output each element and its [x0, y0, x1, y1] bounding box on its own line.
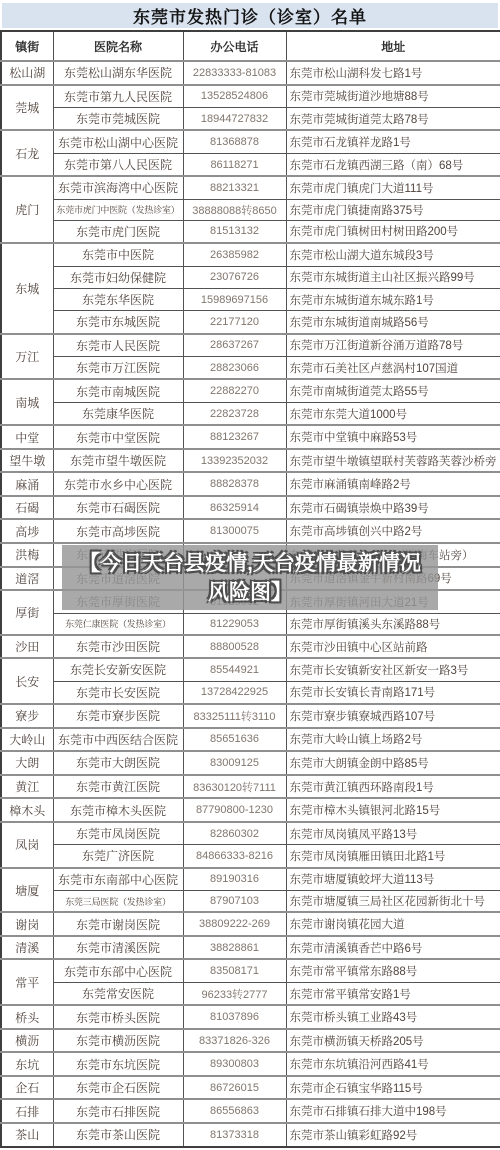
hospital-name-cell: 东莞松山湖东华医院 — [53, 61, 183, 85]
town-cell: 厚街 — [1, 590, 53, 635]
table-row: 东莞市虎门中医院（发热诊室）38888088转8650东莞市虎门镇捷南路375号 — [1, 199, 500, 220]
hospital-name-cell: 东莞常安医院 — [53, 982, 183, 1005]
phone-cell: 38809222-269 — [183, 912, 286, 936]
address-cell: 东莞市东城街道主山社区振兴路99号 — [286, 266, 500, 288]
table-row: 企石东莞市企石医院86726015东莞市企石镇宝华路115号 — [1, 1076, 500, 1100]
phone-cell: 86118271 — [183, 153, 286, 176]
table-row: 虎门东莞市滨海湾中心医院88213321东莞市虎门镇虎门大道111号 — [1, 176, 500, 199]
header-row: 镇街 医院名称 办公电话 地址 — [1, 31, 500, 61]
town-cell: 黄江 — [1, 775, 53, 799]
phone-cell: 28823066 — [183, 357, 286, 380]
table-row: 石碣东莞市石碣医院86325914东莞市石碣镇崇焕中路39号 — [1, 496, 500, 520]
address-cell: 东莞市南城街道莞太路55号 — [286, 379, 500, 402]
table-row: 寮步东莞市寮步医院83325111转3110东莞市寮步镇寮城西路107号 — [1, 704, 500, 728]
town-cell: 石碣 — [1, 496, 53, 520]
town-cell: 南城 — [1, 379, 53, 425]
table-row: 东莞市妇幼保健院23076726东莞市东城街道主山社区振兴路99号 — [1, 266, 500, 288]
table-row: 横沥东莞市横沥医院83371826-326东莞市横沥镇天桥路205号 — [1, 1029, 500, 1053]
hospital-name-cell: 东莞长安新安医院 — [53, 658, 183, 681]
phone-cell: 38828861 — [183, 936, 286, 960]
address-cell: 东莞市虎门镇树田村树田路200号 — [286, 220, 500, 243]
phone-cell: 96233转2777 — [183, 982, 286, 1005]
phone-cell: 22882270 — [183, 379, 286, 402]
hospital-name-cell: 东莞市黄江医院 — [53, 775, 183, 799]
hospital-name-cell: 东莞市寮步医院 — [53, 704, 183, 728]
address-cell: 东莞市沙田镇中心区站前路 — [286, 635, 500, 659]
table-row: 麻涌东莞市水乡中心医院88828378东莞市麻涌镇南峰路2号 — [1, 472, 500, 496]
table-row: 茶山东莞市茶山医院81373318东莞市茶山镇彩虹路92号 — [1, 1123, 500, 1147]
hospital-name-cell: 东莞市中堂医院 — [53, 425, 183, 449]
address-cell: 东莞市东城街道东城东路1号 — [286, 288, 500, 310]
hospital-name-cell: 东莞市大朗医院 — [53, 751, 183, 775]
phone-cell: 81368878 — [183, 130, 286, 153]
town-cell: 东坑 — [1, 1052, 53, 1076]
address-cell: 东莞市清溪镇香芒中路6号 — [286, 936, 500, 960]
address-cell: 东莞市石美社区卢慈涡村107国道 — [286, 357, 500, 380]
table-row: 清溪东莞市清溪医院38828861东莞市清溪镇香芒中路6号 — [1, 936, 500, 960]
table-row: 东莞市第八人民医院86118271东莞市石龙镇西湖三路（南）68号 — [1, 153, 500, 176]
hospital-name-cell: 东莞三局医院（发热诊室） — [53, 891, 183, 913]
phone-cell: 13392352032 — [183, 449, 286, 473]
town-cell: 东城 — [1, 243, 53, 333]
column-header-hospital: 医院名称 — [53, 31, 183, 61]
table-row: 长安东莞长安新安医院85544921东莞市长安镇新安社区新安一路3号 — [1, 658, 500, 681]
address-cell: 东莞市常平镇常安路1号 — [286, 982, 500, 1005]
table-row: 东坑东莞市东坑医院89300803东莞市东坑镇沿河西路41号 — [1, 1052, 500, 1076]
hospital-name-cell: 东莞市人民医院 — [53, 334, 183, 357]
hospital-name-cell: 东莞市虎门中医院（发热诊室） — [53, 199, 183, 220]
phone-cell: 38888088转8650 — [183, 199, 286, 220]
table-row: 万江东莞市人民医院28637267东莞市万江街道新谷涌万道路78号 — [1, 334, 500, 357]
address-cell: 东莞市松山湖大道东城段3号 — [286, 243, 500, 266]
phone-cell: 22177120 — [183, 311, 286, 334]
hospital-name-cell: 东莞市第八人民医院 — [53, 153, 183, 176]
table-row: 东莞市东城医院22177120东莞市东城街道南城路56号 — [1, 311, 500, 334]
hospital-name-cell: 东莞市妇幼保健院 — [53, 266, 183, 288]
table-row: 中堂东莞市中堂医院88123267东莞市中堂镇中麻路53号 — [1, 425, 500, 449]
town-cell: 塘厦 — [1, 868, 53, 913]
town-cell: 樟木头 — [1, 798, 53, 822]
town-cell: 谢岗 — [1, 912, 53, 936]
hospital-name-cell: 东莞市清溪医院 — [53, 936, 183, 960]
address-cell: 东莞市茶山镇彩虹路92号 — [286, 1123, 500, 1147]
address-cell: 东莞市黄江镇西环路南段1号 — [286, 775, 500, 799]
phone-cell: 83009125 — [183, 751, 286, 775]
address-cell: 东莞市石碣镇崇焕中路39号 — [286, 496, 500, 520]
address-cell: 东莞市厚街镇溪头东溪路88号 — [286, 613, 500, 635]
address-cell: 东莞市横沥镇天桥路205号 — [286, 1029, 500, 1053]
phone-cell: 83325111转3110 — [183, 704, 286, 728]
phone-cell: 81373318 — [183, 1123, 286, 1147]
town-cell: 莞城 — [1, 85, 53, 131]
phone-cell: 83508171 — [183, 959, 286, 982]
phone-cell: 18944727832 — [183, 107, 286, 130]
phone-cell: 86325914 — [183, 496, 286, 520]
address-cell: 东莞市松山湖科发七路1号 — [286, 61, 500, 85]
address-cell: 东莞市樟木头镇银河北路15号 — [286, 798, 500, 822]
address-cell: 东莞市莞城街道沙地塘88号 — [286, 85, 500, 108]
town-cell: 中堂 — [1, 425, 53, 449]
town-cell: 凤岗 — [1, 822, 53, 868]
address-cell: 东莞市常平镇常东路88号 — [286, 959, 500, 982]
hospital-name-cell: 东莞广济医院 — [53, 845, 183, 868]
hospital-name-cell: 东莞市桥头医院 — [53, 1005, 183, 1029]
table-row: 谢岗东莞市谢岗医院38809222-269东莞市谢岗镇花园大道 — [1, 912, 500, 936]
table-row: 东莞三局医院（发热诊室）87907103东莞市塘厦镇三局社区花园新街北十号 — [1, 891, 500, 913]
address-cell: 东莞市企石镇宝华路115号 — [286, 1076, 500, 1100]
hospital-name-cell: 东莞市松山湖中心医院 — [53, 130, 183, 153]
watermark-overlay: 【今日天台县疫情,天台疫情最新情况 风险图】 — [62, 545, 438, 610]
hospital-name-cell: 东莞市东坑医院 — [53, 1052, 183, 1076]
town-cell: 沙田 — [1, 635, 53, 659]
page-title-text: 东莞市发热门诊（诊室）名单 — [133, 3, 367, 28]
phone-cell: 81229053 — [183, 613, 286, 635]
phone-cell: 26385982 — [183, 243, 286, 266]
phone-cell: 13728422925 — [183, 681, 286, 704]
hospital-name-cell: 东莞市万江医院 — [53, 357, 183, 380]
hospital-name-cell: 东莞市望牛墩医院 — [53, 449, 183, 473]
address-cell: 东莞市虎门镇捷南路375号 — [286, 199, 500, 220]
table-row: 东莞常安医院96233转2777东莞市常平镇常安路1号 — [1, 982, 500, 1005]
address-cell: 东莞市大朗镇金朗中路85号 — [286, 751, 500, 775]
phone-cell: 82860302 — [183, 822, 286, 845]
hospital-name-cell: 东莞市南城医院 — [53, 379, 183, 402]
town-cell: 虎门 — [1, 176, 53, 243]
town-cell: 茶山 — [1, 1123, 53, 1147]
table-row: 松山湖东莞松山湖东华医院22833333-81083东莞市松山湖科发七路1号 — [1, 61, 500, 85]
phone-cell: 86556863 — [183, 1099, 286, 1123]
table-row: 凤岗东莞市凤岗医院82860302东莞市凤岗镇凤平路13号 — [1, 822, 500, 845]
table-row: 东莞东华医院15989697156东莞市东城街道东城东路1号 — [1, 288, 500, 310]
hospital-name-cell: 东莞市中医院 — [53, 243, 183, 266]
hospital-name-cell: 东莞市东部中心医院 — [53, 959, 183, 982]
table-row: 东莞康华医院22823728东莞市东莞大道1000号 — [1, 402, 500, 425]
town-cell: 石龙 — [1, 130, 53, 176]
town-cell: 松山湖 — [1, 61, 53, 85]
address-cell: 东莞市长安镇长青南路171号 — [286, 681, 500, 704]
table-row: 石龙东莞市松山湖中心医院81368878东莞市石龙镇祥龙路1号 — [1, 130, 500, 153]
address-cell: 东莞市东坑镇沿河西路41号 — [286, 1052, 500, 1076]
table-row: 樟木头东莞市樟木头医院87790800-1230东莞市樟木头镇银河北路15号 — [1, 798, 500, 822]
table-row: 常平东莞市东部中心医院83508171东莞市常平镇常东路88号 — [1, 959, 500, 982]
hospital-name-cell: 东莞市中西医结合医院 — [53, 728, 183, 752]
address-cell: 东莞市石龙镇祥龙路1号 — [286, 130, 500, 153]
phone-cell: 22823728 — [183, 402, 286, 425]
town-cell: 道滘 — [1, 567, 53, 591]
hospital-name-cell: 东莞市莞城医院 — [53, 107, 183, 130]
table-row: 东莞仁康医院（发热诊室）81229053东莞市厚街镇溪头东溪路88号 — [1, 613, 500, 635]
town-cell: 大岭山 — [1, 728, 53, 752]
address-cell: 东莞市东城街道南城路56号 — [286, 311, 500, 334]
watermark-text-line1: 【今日天台县疫情,天台疫情最新情况 — [79, 549, 421, 578]
hospital-name-cell: 东莞东华医院 — [53, 288, 183, 310]
address-cell: 东莞市万江街道新谷涌万道路78号 — [286, 334, 500, 357]
hospital-name-cell: 东莞市企石医院 — [53, 1076, 183, 1100]
town-cell: 桥头 — [1, 1005, 53, 1029]
town-cell: 万江 — [1, 334, 53, 380]
phone-cell: 13528524806 — [183, 85, 286, 108]
town-cell: 企石 — [1, 1076, 53, 1100]
hospital-name-cell: 东莞仁康医院（发热诊室） — [53, 613, 183, 635]
address-cell: 东莞市桥头镇工业路43号 — [286, 1005, 500, 1029]
hospital-name-cell: 东莞市长安医院 — [53, 681, 183, 704]
phone-cell: 89300803 — [183, 1052, 286, 1076]
town-cell: 大朗 — [1, 751, 53, 775]
hospital-name-cell: 东莞市茶山医院 — [53, 1123, 183, 1147]
table-row: 东莞市虎门医院81513132东莞市虎门镇树田村树田路200号 — [1, 220, 500, 243]
town-cell: 寮步 — [1, 704, 53, 728]
table-row: 塘厦东莞市东南部中心医院89190316东莞市塘厦镇蛟坪大道113号 — [1, 868, 500, 891]
address-cell: 东莞市塘厦镇蛟坪大道113号 — [286, 868, 500, 891]
phone-cell: 88800528 — [183, 635, 286, 659]
address-cell: 东莞市长安镇新安社区新安一路3号 — [286, 658, 500, 681]
column-header-address: 地址 — [286, 31, 500, 61]
address-cell: 东莞市莞城街道莞太路78号 — [286, 107, 500, 130]
table-row: 东莞市莞城医院18944727832东莞市莞城街道莞太路78号 — [1, 107, 500, 130]
address-cell: 东莞市石龙镇西湖三路（南）68号 — [286, 153, 500, 176]
page-title: 东莞市发热门诊（诊室）名单 — [2, 3, 498, 28]
table-row: 大岭山东莞市中西医结合医院85651636东莞市大岭山镇上场路2号 — [1, 728, 500, 752]
address-cell: 东莞市虎门镇虎门大道111号 — [286, 176, 500, 199]
hospital-name-cell: 东莞市虎门医院 — [53, 220, 183, 243]
table-row: 黄江东莞市黄江医院83630120转7111东莞市黄江镇西环路南段1号 — [1, 775, 500, 799]
town-cell: 清溪 — [1, 936, 53, 960]
hospital-name-cell: 东莞市石排医院 — [53, 1099, 183, 1123]
phone-cell: 85651636 — [183, 728, 286, 752]
address-cell: 东莞市高埗镇创兴中路2号 — [286, 519, 500, 543]
address-cell: 东莞市石排镇石排大道中198号 — [286, 1099, 500, 1123]
table-row: 大朗东莞市大朗医院83009125东莞市大朗镇金朗中路85号 — [1, 751, 500, 775]
phone-cell: 81513132 — [183, 220, 286, 243]
town-cell: 横沥 — [1, 1029, 53, 1053]
address-cell: 东莞市麻涌镇南峰路2号 — [286, 472, 500, 496]
table-row: 东莞市万江医院28823066东莞市石美社区卢慈涡村107国道 — [1, 357, 500, 380]
table-row: 东莞市长安医院13728422925东莞市长安镇长青南路171号 — [1, 681, 500, 704]
phone-cell: 87907103 — [183, 891, 286, 913]
hospital-name-cell: 东莞市横沥医院 — [53, 1029, 183, 1053]
address-cell: 东莞市凤岗镇凤平路13号 — [286, 822, 500, 845]
phone-cell: 84866333-8216 — [183, 845, 286, 868]
phone-cell: 22833333-81083 — [183, 61, 286, 85]
address-cell: 东莞市东莞大道1000号 — [286, 402, 500, 425]
phone-cell: 15989697156 — [183, 288, 286, 310]
phone-cell: 87790800-1230 — [183, 798, 286, 822]
column-header-phone: 办公电话 — [183, 31, 286, 61]
phone-cell: 88123267 — [183, 425, 286, 449]
table-row: 莞城东莞市第九人民医院13528524806东莞市莞城街道沙地塘88号 — [1, 85, 500, 108]
phone-cell: 81300075 — [183, 519, 286, 543]
town-cell: 洪梅 — [1, 543, 53, 567]
hospital-name-cell: 东莞康华医院 — [53, 402, 183, 425]
hospital-name-cell: 东莞市东南部中心医院 — [53, 868, 183, 891]
town-cell: 石排 — [1, 1099, 53, 1123]
hospital-name-cell: 东莞市高埗医院 — [53, 519, 183, 543]
town-cell: 常平 — [1, 959, 53, 1005]
address-cell: 东莞市大岭山镇上场路2号 — [286, 728, 500, 752]
town-cell: 高埗 — [1, 519, 53, 543]
address-cell: 东莞市望牛墩镇望联村芙蓉路芙蓉沙桥旁 — [286, 449, 500, 473]
town-cell: 长安 — [1, 658, 53, 704]
hospital-name-cell: 东莞市谢岗医院 — [53, 912, 183, 936]
address-cell: 东莞市寮步镇寮城西路107号 — [286, 704, 500, 728]
hospital-name-cell: 东莞市滨海湾中心医院 — [53, 176, 183, 199]
address-cell: 东莞市凤岗镇雁田镇田北路1号 — [286, 845, 500, 868]
table-row: 南城东莞市南城医院22882270东莞市南城街道莞太路55号 — [1, 379, 500, 402]
hospital-name-cell: 东莞市凤岗医院 — [53, 822, 183, 845]
phone-cell: 23076726 — [183, 266, 286, 288]
table-row: 沙田东莞市沙田医院88800528东莞市沙田镇中心区站前路 — [1, 635, 500, 659]
phone-cell: 89190316 — [183, 868, 286, 891]
phone-cell: 86726015 — [183, 1076, 286, 1100]
address-cell: 东莞市谢岗镇花园大道 — [286, 912, 500, 936]
column-header-town: 镇街 — [1, 31, 53, 61]
hospital-name-cell: 东莞市沙田医院 — [53, 635, 183, 659]
table-row: 桥头东莞市桥头医院81037896东莞市桥头镇工业路43号 — [1, 1005, 500, 1029]
table-row: 望牛墩东莞市望牛墩医院13392352032东莞市望牛墩镇望联村芙蓉路芙蓉沙桥旁 — [1, 449, 500, 473]
hospital-name-cell: 东莞市第九人民医院 — [53, 85, 183, 108]
address-cell: 东莞市中堂镇中麻路53号 — [286, 425, 500, 449]
hospital-name-cell: 东莞市水乡中心医院 — [53, 472, 183, 496]
phone-cell: 28637267 — [183, 334, 286, 357]
phone-cell: 81037896 — [183, 1005, 286, 1029]
phone-cell: 88213321 — [183, 176, 286, 199]
hospital-name-cell: 东莞市石碣医院 — [53, 496, 183, 520]
phone-cell: 83371826-326 — [183, 1029, 286, 1053]
watermark-text-line2: 风险图】 — [208, 578, 292, 607]
phone-cell: 88828378 — [183, 472, 286, 496]
table-row: 东城东莞市中医院26385982东莞市松山湖大道东城段3号 — [1, 243, 500, 266]
table-row: 石排东莞市石排医院86556863东莞市石排镇石排大道中198号 — [1, 1099, 500, 1123]
town-cell: 麻涌 — [1, 472, 53, 496]
table-row: 高埗东莞市高埗医院81300075东莞市高埗镇创兴中路2号 — [1, 519, 500, 543]
town-cell: 望牛墩 — [1, 449, 53, 473]
table-row: 东莞广济医院84866333-8216东莞市凤岗镇雁田镇田北路1号 — [1, 845, 500, 868]
address-cell: 东莞市塘厦镇三局社区花园新街北十号 — [286, 891, 500, 913]
hospital-name-cell: 东莞市樟木头医院 — [53, 798, 183, 822]
phone-cell: 83630120转7111 — [183, 775, 286, 799]
hospital-name-cell: 东莞市东城医院 — [53, 311, 183, 334]
phone-cell: 85544921 — [183, 658, 286, 681]
